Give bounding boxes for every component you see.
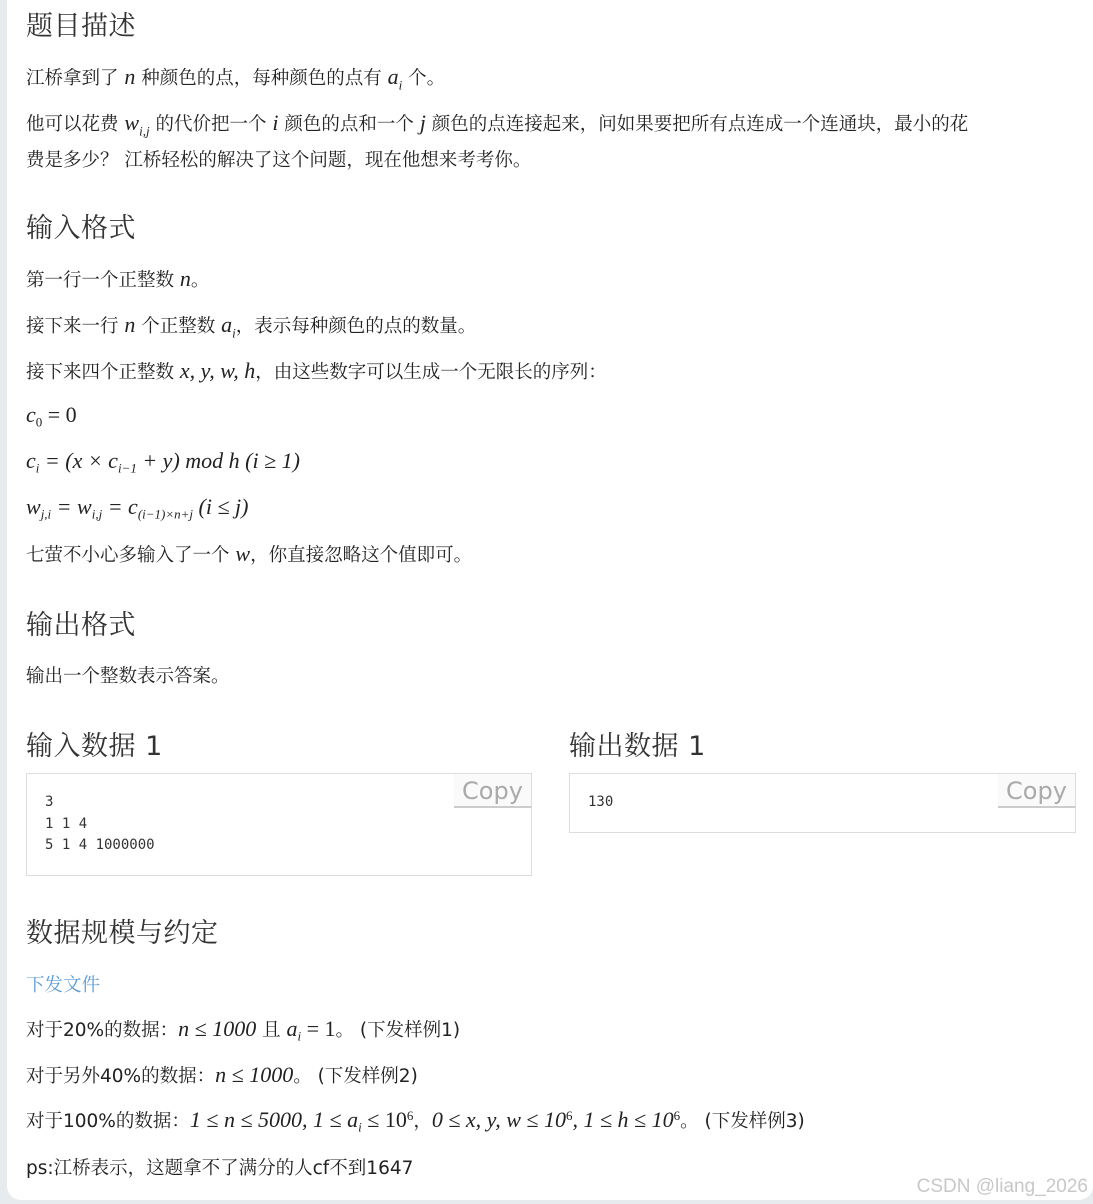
copy-input-button[interactable]: Copy	[454, 774, 531, 808]
text: 颜色的点和一个	[278, 114, 419, 135]
text: 个。	[402, 68, 445, 89]
description-paragraph-1: 江桥拿到了 n 种颜色的点，每种颜色的点有 ai 个。	[26, 64, 445, 90]
input-format-line-1: 第一行一个正整数 n。	[26, 266, 209, 292]
sample-output-box[interactable]: 130 Copy	[569, 773, 1076, 833]
sample-output-text[interactable]: 130	[588, 792, 613, 814]
sample-input-text[interactable]: 3 1 1 4 5 1 4 1000000	[45, 792, 155, 857]
constraint-40-percent: 对于另外40%的数据：n ≤ 1000。 (下发样例2)	[26, 1062, 418, 1088]
math-n: n	[124, 312, 135, 337]
section-title-description: 题目描述	[26, 4, 136, 43]
copy-output-button[interactable]: Copy	[998, 774, 1075, 808]
csdn-watermark: CSDN @liang_2026	[917, 1176, 1088, 1198]
sample-input-title: 输入数据 1	[26, 724, 163, 763]
section-title-constraints: 数据规模与约定	[26, 911, 219, 950]
description-paragraph-2-line-2: 费是多少？ 江桥轻松的解决了这个问题，现在他想来考考你。	[26, 146, 531, 172]
text: 他可以花费	[26, 114, 124, 135]
math-n: n	[124, 64, 135, 89]
math-ai: ai	[388, 64, 403, 89]
math-wij: wi,j	[124, 110, 149, 135]
equation-w: wj,i = wi,j = c(i−1)×n+j (i ≤ j)	[26, 494, 248, 520]
text: 颜色的点连接起来，问如果要把所有点连成一个连通块，最小的花	[426, 114, 968, 135]
input-format-line-4: 七萤不小心多输入了一个 w，你直接忽略这个值即可。	[26, 541, 472, 567]
section-title-input-format: 输入格式	[26, 206, 136, 245]
sample-input-box[interactable]: 3 1 1 4 5 1 4 1000000 Copy	[26, 773, 532, 876]
equation-ci: ci = (x × ci−1 + y) mod h (i ≥ 1)	[26, 448, 300, 474]
input-format-line-3: 接下来四个正整数 x, y, w, h，由这些数字可以生成一个无限长的序列：	[26, 358, 607, 384]
input-format-line-2: 接下来一行 n 个正整数 ai，表示每种颜色的点的数量。	[26, 312, 476, 338]
math-ai: ai	[221, 312, 236, 337]
text: 的代价把一个	[150, 114, 273, 135]
constraint-20-percent: 对于20%的数据：n ≤ 1000 且 ai = 1。 (下发样例1)	[26, 1016, 460, 1042]
math-w: w	[235, 541, 250, 566]
sample-output-title: 输出数据 1	[569, 724, 706, 763]
output-format-line-1: 输出一个整数表示答案。	[26, 662, 230, 688]
constraint-100-percent: 对于100%的数据：1 ≤ n ≤ 5000, 1 ≤ ai ≤ 106，0 ≤…	[26, 1107, 805, 1133]
equation-c0: c0 = 0	[26, 402, 77, 428]
ps-note: ps:江桥表示，这题拿不了满分的人cf不到1647	[26, 1154, 413, 1180]
text: 种颜色的点，每种颜色的点有	[135, 68, 387, 89]
description-paragraph-2-line-1: 他可以花费 wi,j 的代价把一个 i 颜色的点和一个 j 颜色的点连接起来，问…	[26, 110, 968, 136]
math-n: n	[180, 266, 191, 291]
text: 江桥拿到了	[26, 68, 124, 89]
download-files-link[interactable]: 下发文件	[26, 971, 100, 997]
section-title-output-format: 输出格式	[26, 603, 136, 642]
math-vars: x, y, w, h	[180, 358, 255, 383]
